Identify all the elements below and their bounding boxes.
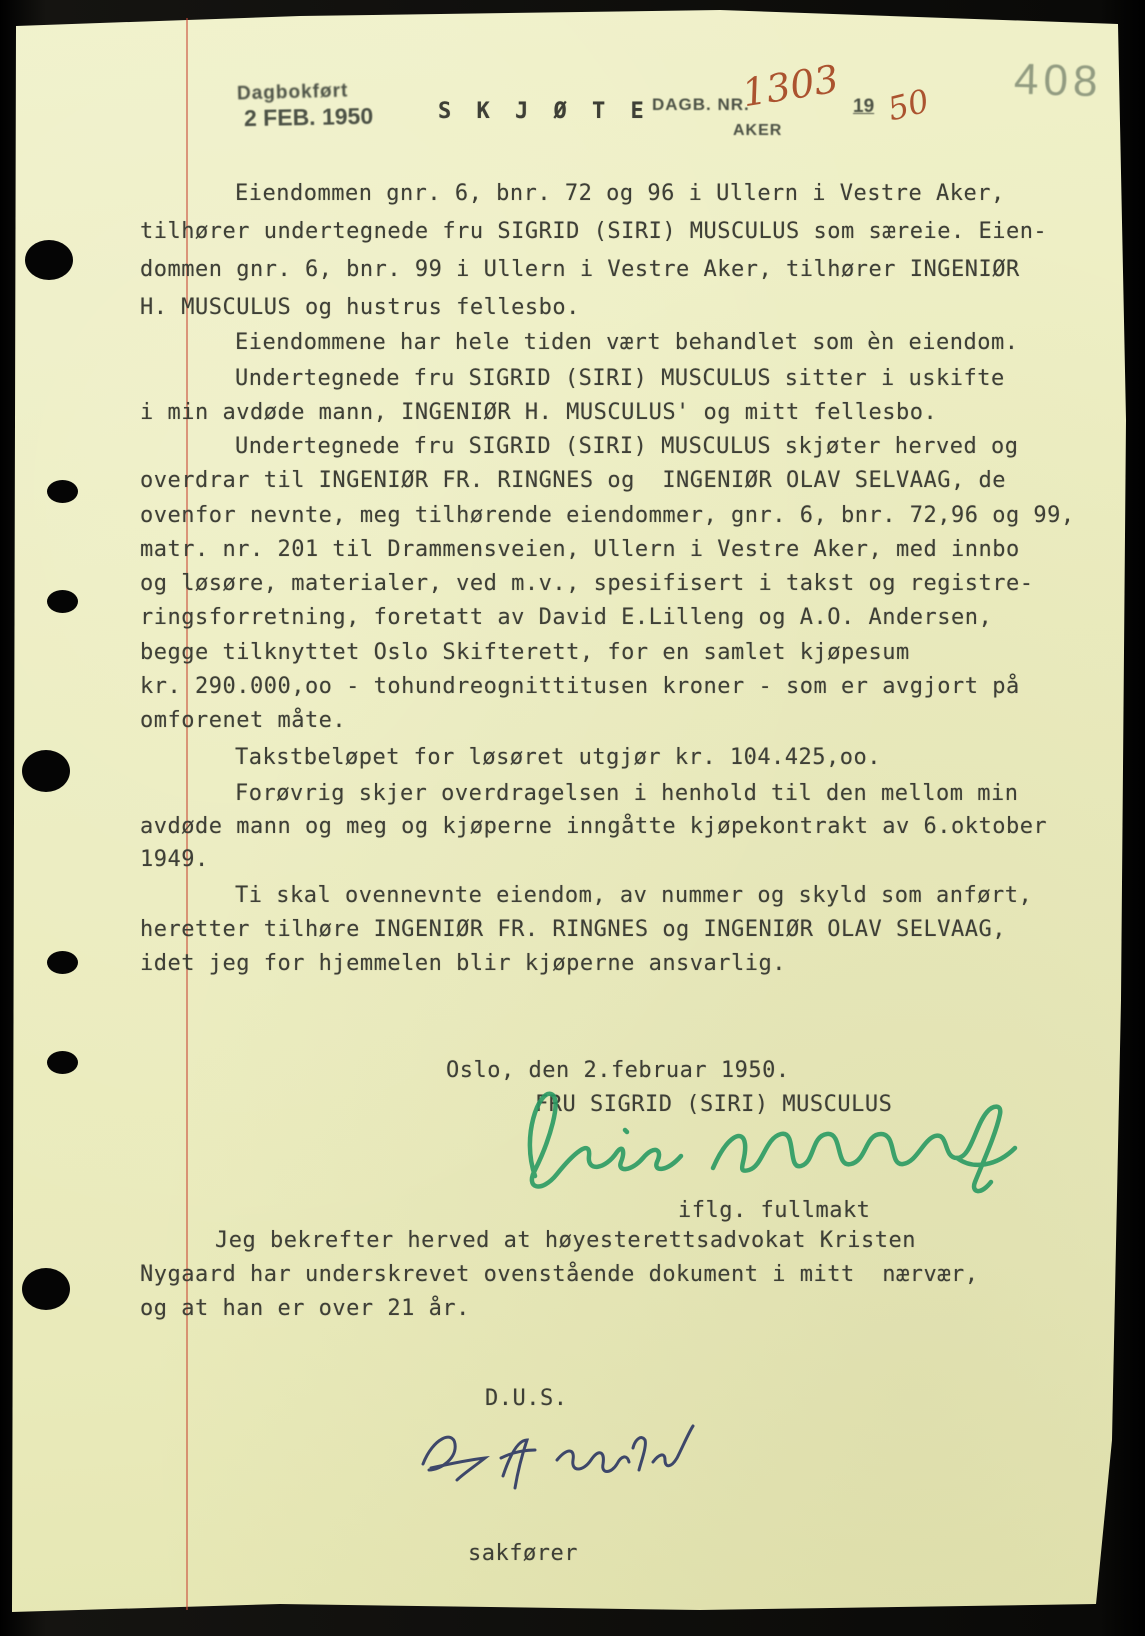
typed-line: 1949. bbox=[140, 843, 1047, 876]
typed-line: Eiendommen gnr. 6, bnr. 72 og 96 i Uller… bbox=[140, 175, 1047, 213]
green-ink-signature bbox=[505, 1078, 1025, 1208]
journal-stamp-label: DAGB. NR. bbox=[652, 95, 750, 115]
typed-line: i min avdøde mann, INGENIØR H. MUSCULUS'… bbox=[140, 396, 1005, 430]
paragraph-3: Undertegnede fru SIGRID (SIRI) MUSCULUS … bbox=[140, 362, 1005, 430]
paragraph-2: Eiendommene har hele tiden vært behandle… bbox=[140, 326, 1018, 360]
typed-line: dommen gnr. 6, bnr. 99 i Ullern i Vestre… bbox=[140, 251, 1047, 289]
punch-hole bbox=[47, 590, 78, 613]
typed-line: ovenfor nevnte, meg tilhørende eiendomme… bbox=[140, 499, 1075, 533]
scanned-deed-page: { "page_number": "408", "header": { "rec… bbox=[0, 0, 1145, 1636]
punch-hole bbox=[47, 1051, 78, 1074]
year-stamp-prefix: 19 bbox=[853, 96, 874, 118]
punch-hole bbox=[25, 240, 73, 280]
typed-line: Jeg bekrefter herved at høyesterettsadvo… bbox=[140, 1224, 978, 1258]
blue-ink-signature bbox=[405, 1418, 695, 1518]
page-number: 408 bbox=[1013, 55, 1103, 107]
paragraph-7: Ti skal ovennevnte eiendom, av nummer og… bbox=[140, 879, 1032, 981]
typed-line: Takstbeløpet for løsøret utgjør kr. 104.… bbox=[140, 741, 881, 775]
typed-line: Undertegnede fru SIGRID (SIRI) MUSCULUS … bbox=[140, 430, 1075, 464]
paragraph-1: Eiendommen gnr. 6, bnr. 72 og 96 i Uller… bbox=[140, 175, 1047, 327]
paragraph-6: Forøvrig skjer overdragelsen i henhold t… bbox=[140, 777, 1047, 876]
journal-stamp-office: AKER bbox=[733, 122, 782, 140]
paragraph-5: Takstbeløpet for løsøret utgjør kr. 104.… bbox=[140, 741, 881, 775]
witness-title-line: sakfører bbox=[468, 1541, 578, 1566]
typed-line: og løsøre, materialer, ved m.v., spesifi… bbox=[140, 567, 1075, 601]
typed-line: Nygaard har underskrevet ovenstående dok… bbox=[140, 1258, 978, 1292]
typed-line: idet jeg for hjemmelen blir kjøperne ans… bbox=[140, 947, 1032, 981]
typed-line: omforenet måte. bbox=[140, 704, 1075, 738]
typed-line: Undertegnede fru SIGRID (SIRI) MUSCULUS … bbox=[140, 362, 1005, 396]
document-title: S K J Ø T E bbox=[438, 99, 650, 124]
witness-paragraph: Jeg bekrefter herved at høyesterettsadvo… bbox=[140, 1224, 978, 1326]
typed-line: matr. nr. 201 til Drammensveien, Ullern … bbox=[140, 533, 1075, 567]
received-stamp-date: 2 FEB. 1950 bbox=[244, 103, 374, 132]
typed-line: Eiendommene har hele tiden vært behandle… bbox=[140, 326, 1018, 360]
typed-line: begge tilknyttet Oslo Skifterett, for en… bbox=[140, 636, 1075, 670]
typed-line: heretter tilhøre INGENIØR FR. RINGNES og… bbox=[140, 913, 1032, 947]
typed-line: kr. 290.000,oo - tohundreognittitusen kr… bbox=[140, 670, 1075, 704]
typed-line: Forøvrig skjer overdragelsen i henhold t… bbox=[140, 777, 1047, 810]
typed-line: tilhører undertegnede fru SIGRID (SIRI) … bbox=[140, 213, 1047, 251]
typed-line: H. MUSCULUS og hustrus fellesbo. bbox=[140, 289, 1047, 327]
authority-note-line: iflg. fullmakt bbox=[678, 1198, 870, 1223]
typed-line: avdøde mann og meg og kjøperne inngåtte … bbox=[140, 810, 1047, 843]
punch-hole bbox=[47, 480, 78, 503]
typed-line: ringsforretning, foretatt av David E.Lil… bbox=[140, 601, 1075, 635]
typed-line: og at han er over 21 år. bbox=[140, 1292, 978, 1326]
punch-hole bbox=[22, 1268, 70, 1310]
typed-line: overdrar til INGENIØR FR. RINGNES og ING… bbox=[140, 464, 1075, 498]
paragraph-4: Undertegnede fru SIGRID (SIRI) MUSCULUS … bbox=[140, 430, 1075, 739]
punch-hole bbox=[22, 750, 70, 792]
received-stamp-word: Dagbokført bbox=[237, 81, 349, 106]
dus-line: D.U.S. bbox=[485, 1386, 567, 1411]
typed-line: Ti skal ovennevnte eiendom, av nummer og… bbox=[140, 879, 1032, 913]
punch-hole bbox=[47, 951, 78, 974]
